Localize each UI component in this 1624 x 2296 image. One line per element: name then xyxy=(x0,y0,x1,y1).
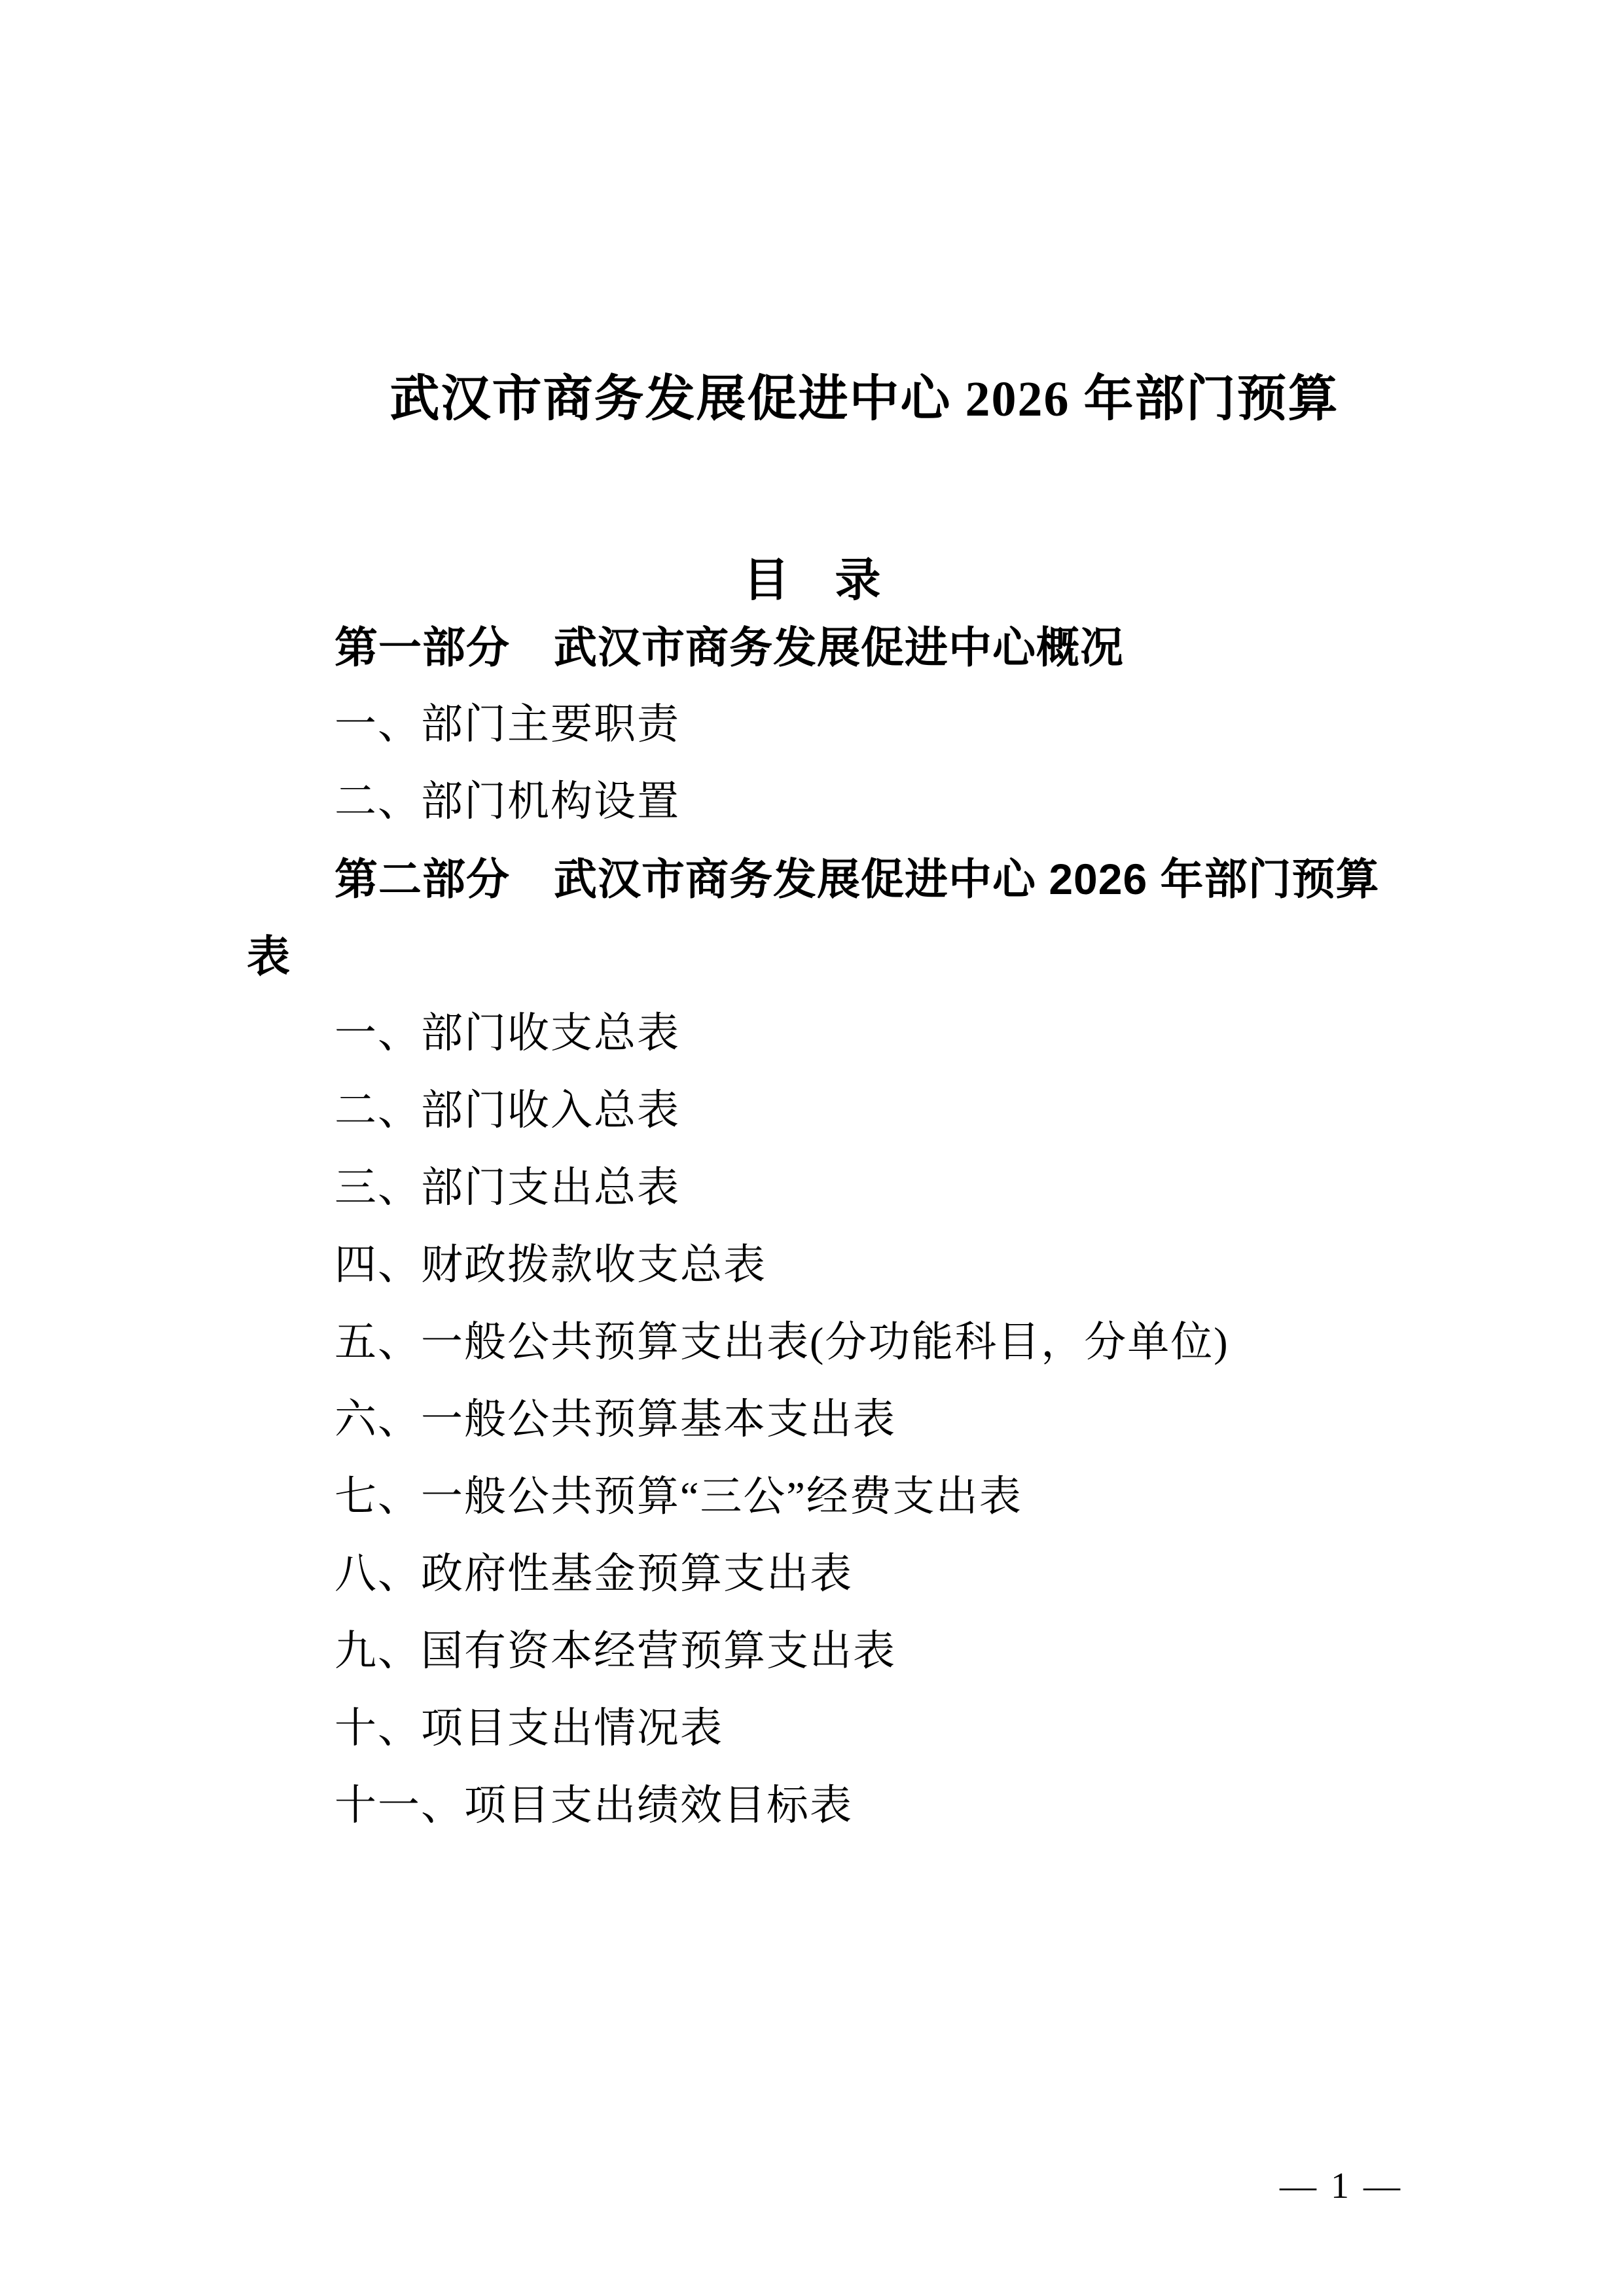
toc-line: 六、一般公共预算基本支出表 xyxy=(247,1377,1399,1454)
toc-line: 第二部分 武汉市商务发展促进中心 2026 年部门预算 xyxy=(247,836,1399,914)
toc-heading: 目 录 xyxy=(0,543,1624,609)
toc-line: 五、一般公共预算支出表(分功能科目，分单位) xyxy=(247,1300,1399,1377)
toc-line: 一、部门收支总表 xyxy=(247,991,1399,1068)
toc-line: 七、一般公共预算“三公”经费支出表 xyxy=(247,1454,1399,1532)
toc-line: 三、部门支出总表 xyxy=(247,1145,1399,1223)
toc-line: 第一部分 武汉市商务发展促进中心概况 xyxy=(247,605,1399,682)
toc-line: 四、财政拨款收支总表 xyxy=(247,1223,1399,1300)
toc-line: 八、政府性基金预算支出表 xyxy=(247,1532,1399,1609)
document-page: 武汉市商务发展促进中心 2026 年部门预算 目 录 第一部分 武汉市商务发展促… xyxy=(0,0,1624,2296)
toc-line: 表 xyxy=(247,914,1399,991)
toc-line: 九、国有资本经营预算支出表 xyxy=(247,1609,1399,1686)
document-title: 武汉市商务发展促进中心 2026 年部门预算 xyxy=(0,359,1624,430)
toc-line-list: 第一部分 武汉市商务发展促进中心概况一、部门主要职责二、部门机构设置第二部分 武… xyxy=(247,605,1399,1840)
toc-line: 二、部门收入总表 xyxy=(247,1068,1399,1145)
page-number: — 1 — xyxy=(1280,2165,1403,2207)
toc-line: 一、部门主要职责 xyxy=(247,682,1399,759)
toc-line: 十、项目支出情况表 xyxy=(247,1686,1399,1763)
toc-line: 二、部门机构设置 xyxy=(247,759,1399,836)
toc-line: 十一、项目支出绩效目标表 xyxy=(247,1763,1399,1840)
